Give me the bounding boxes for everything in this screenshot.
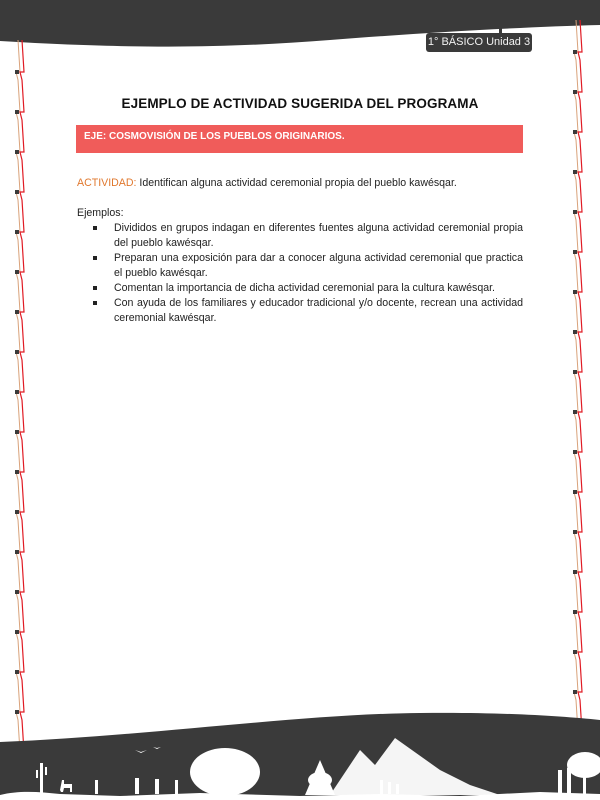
grade-unit-badge: 1° BÁSICO Unidad 3 [426, 33, 532, 52]
example-text: Con ayuda de los familiares y educador t… [114, 297, 523, 324]
bullet-icon [93, 301, 97, 305]
bullet-icon [93, 256, 97, 260]
bullet-icon [93, 286, 97, 290]
example-item: Preparan una exposición para dar a conoc… [77, 251, 523, 281]
example-text: Comentan la importancia de dicha activid… [114, 282, 495, 294]
activity-content: ACTIVIDAD: Identifican alguna actividad … [77, 176, 523, 326]
page-title: EJEMPLO DE ACTIVIDAD SUGERIDA DEL PROGRA… [0, 96, 600, 111]
footer-landscape-silhouette [0, 700, 600, 800]
example-item: Comentan la importancia de dicha activid… [77, 281, 523, 296]
left-decorative-border [8, 0, 38, 800]
activity-label: ACTIVIDAD: [77, 177, 136, 189]
bullet-icon [93, 226, 97, 230]
activity-line: ACTIVIDAD: Identifican alguna actividad … [77, 176, 523, 191]
activity-description: Identifican alguna actividad ceremonial … [136, 177, 456, 189]
examples-heading: Ejemplos: [77, 206, 523, 221]
example-text: Preparan una exposición para dar a conoc… [114, 252, 523, 279]
eje-label: EJE: COSMOVISIÓN DE LOS PUEBLOS ORIGINAR… [84, 131, 345, 142]
eje-banner: EJE: COSMOVISIÓN DE LOS PUEBLOS ORIGINAR… [76, 125, 523, 153]
example-text: Divididos en grupos indagan en diferente… [114, 222, 523, 249]
right-decorative-border [566, 0, 596, 800]
example-item: Con ayuda de los familiares y educador t… [77, 296, 523, 326]
examples-list: Divididos en grupos indagan en diferente… [77, 221, 523, 326]
example-item: Divididos en grupos indagan en diferente… [77, 221, 523, 251]
